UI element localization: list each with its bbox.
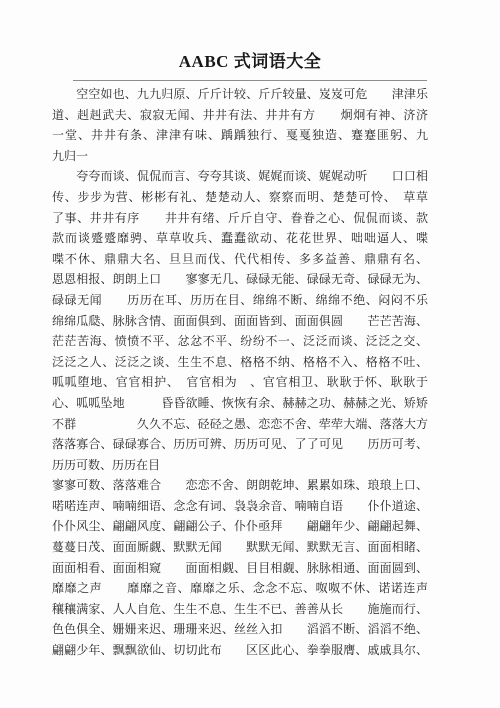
text-line: 蔓蔓日茂、面面厮觑、默默无闻 默默无闻、默默无言、面面相睹、 <box>52 537 428 558</box>
page-title: AABC 式词语大全 <box>0 0 500 74</box>
text-line: 仆仆风尘、翩翩风度、翩翩公子、仆仆亟拜 翩翩年少、翩翩起舞、 <box>52 516 428 537</box>
text-line: 款而谈蹙蹙靡骋、草草收兵、蠢蠢欲动、花花世界、咄咄逼人、喋 <box>52 228 428 249</box>
text-line: 寥寥可数、落落难合 恋恋不舍、朗朗乾坤、累累如珠、琅琅上口、 <box>52 475 428 496</box>
text-line: 泛泛之人、泛泛之谈、生生不息、格格不纳、格格不入、格格不吐、 <box>52 352 428 373</box>
text-line: 绵绵瓜瓞、脉脉含情、面面俱到、面面皆到、面面俱圆 芒芒苦海、 <box>52 311 428 332</box>
text-line: 喋不休、鼎鼎大名、旦旦而伐、代代相传、多多益善、鼎鼎有名、 <box>52 249 428 270</box>
text-line: 靡靡之声 靡靡之音、靡靡之乐、念念不忘、呶呶不休、诺诺连声 <box>52 578 428 599</box>
text-line: 不群 久久不忘、硁硁之愚、恋恋不舍、荦荦大端、落落大方 <box>52 414 428 435</box>
text-line: 传、步步为营、彬彬有礼、楚楚动人、察察而明、楚楚可怜、 草草 <box>52 187 428 208</box>
text-line: 心、呱呱坠地 昏昏欲睡、恢恢有余、赫赫之功、赫赫之光、矫矫 <box>52 393 428 414</box>
text-line: 了事、井井有序 井井有绪、斤斤自守、眷眷之心、侃侃而谈、款 <box>52 208 428 229</box>
text-line: 呱呱堕地、官官相护、 官官相为 、官官相卫、耿耿于怀、耿耿于 <box>52 372 428 393</box>
document-body: 空空如也、九九归原、斤斤计较、斤斤较量、岌岌可危 津津乐 道、赳赳武夫、寂寂无闻… <box>52 84 428 661</box>
text-line: 一堂、井井有条、津津有味、踽踽独行、戛戛独造、蹇蹇匪躬、九 <box>52 125 428 146</box>
text-line: 面面相看、面面相窥 面面相觑、目目相觑、脉脉相通、面面圆到、 <box>52 558 428 579</box>
text-line: 历历可数、历历在目 <box>52 455 428 476</box>
text-line: 色色俱全、姗姗来迟、珊珊来迟、丝丝入扣 滔滔不断、滔滔不绝、 <box>52 619 428 640</box>
text-line: 碌碌无闻 历历在耳、历历在目、绵绵不断、绵绵不绝、闷闷不乐 <box>52 290 428 311</box>
text-line: 夸夸而谈、侃侃而言、夸夸其谈、娓娓而谈、娓娓动听 口口相 <box>52 166 428 187</box>
text-line: 穰穰满家、人人自危、生生不息、生生不已、善善从长 施施而行、 <box>52 599 428 620</box>
text-line: 恩恩相报、朗朗上口 寥寥无几、碌碌无能、碌碌无奇、碌碌无为、 <box>52 269 428 290</box>
text-line: 喏喏连声、喃喃细语、念念有词、袅袅余音、喃喃自语 仆仆道途、 <box>52 496 428 517</box>
text-line: 茫茫苦海、愤愤不平、忿忿不平、纷纷不一、泛泛而谈、泛泛之交、 <box>52 331 428 352</box>
text-line: 道、赳赳武夫、寂寂无闻、井井有法、井井有方 炯炯有神、济济 <box>52 105 428 126</box>
text-line: 九归一 <box>52 146 428 167</box>
text-line: 落落寡合、碌碌寡合、历历可辨、历历可见、了了可见 历历可考、 <box>52 434 428 455</box>
document-page: AABC 式词语大全 空空如也、九九归原、斤斤计较、斤斤较量、岌岌可危 津津乐 … <box>0 0 500 708</box>
text-line: 翩翩少年、飘飘欲仙、切切此布 区区此心、拳拳服膺、戚戚具尔、 <box>52 640 428 661</box>
text-line: 空空如也、九九归原、斤斤计较、斤斤较量、岌岌可危 津津乐 <box>52 84 428 105</box>
title-divider <box>73 80 427 81</box>
